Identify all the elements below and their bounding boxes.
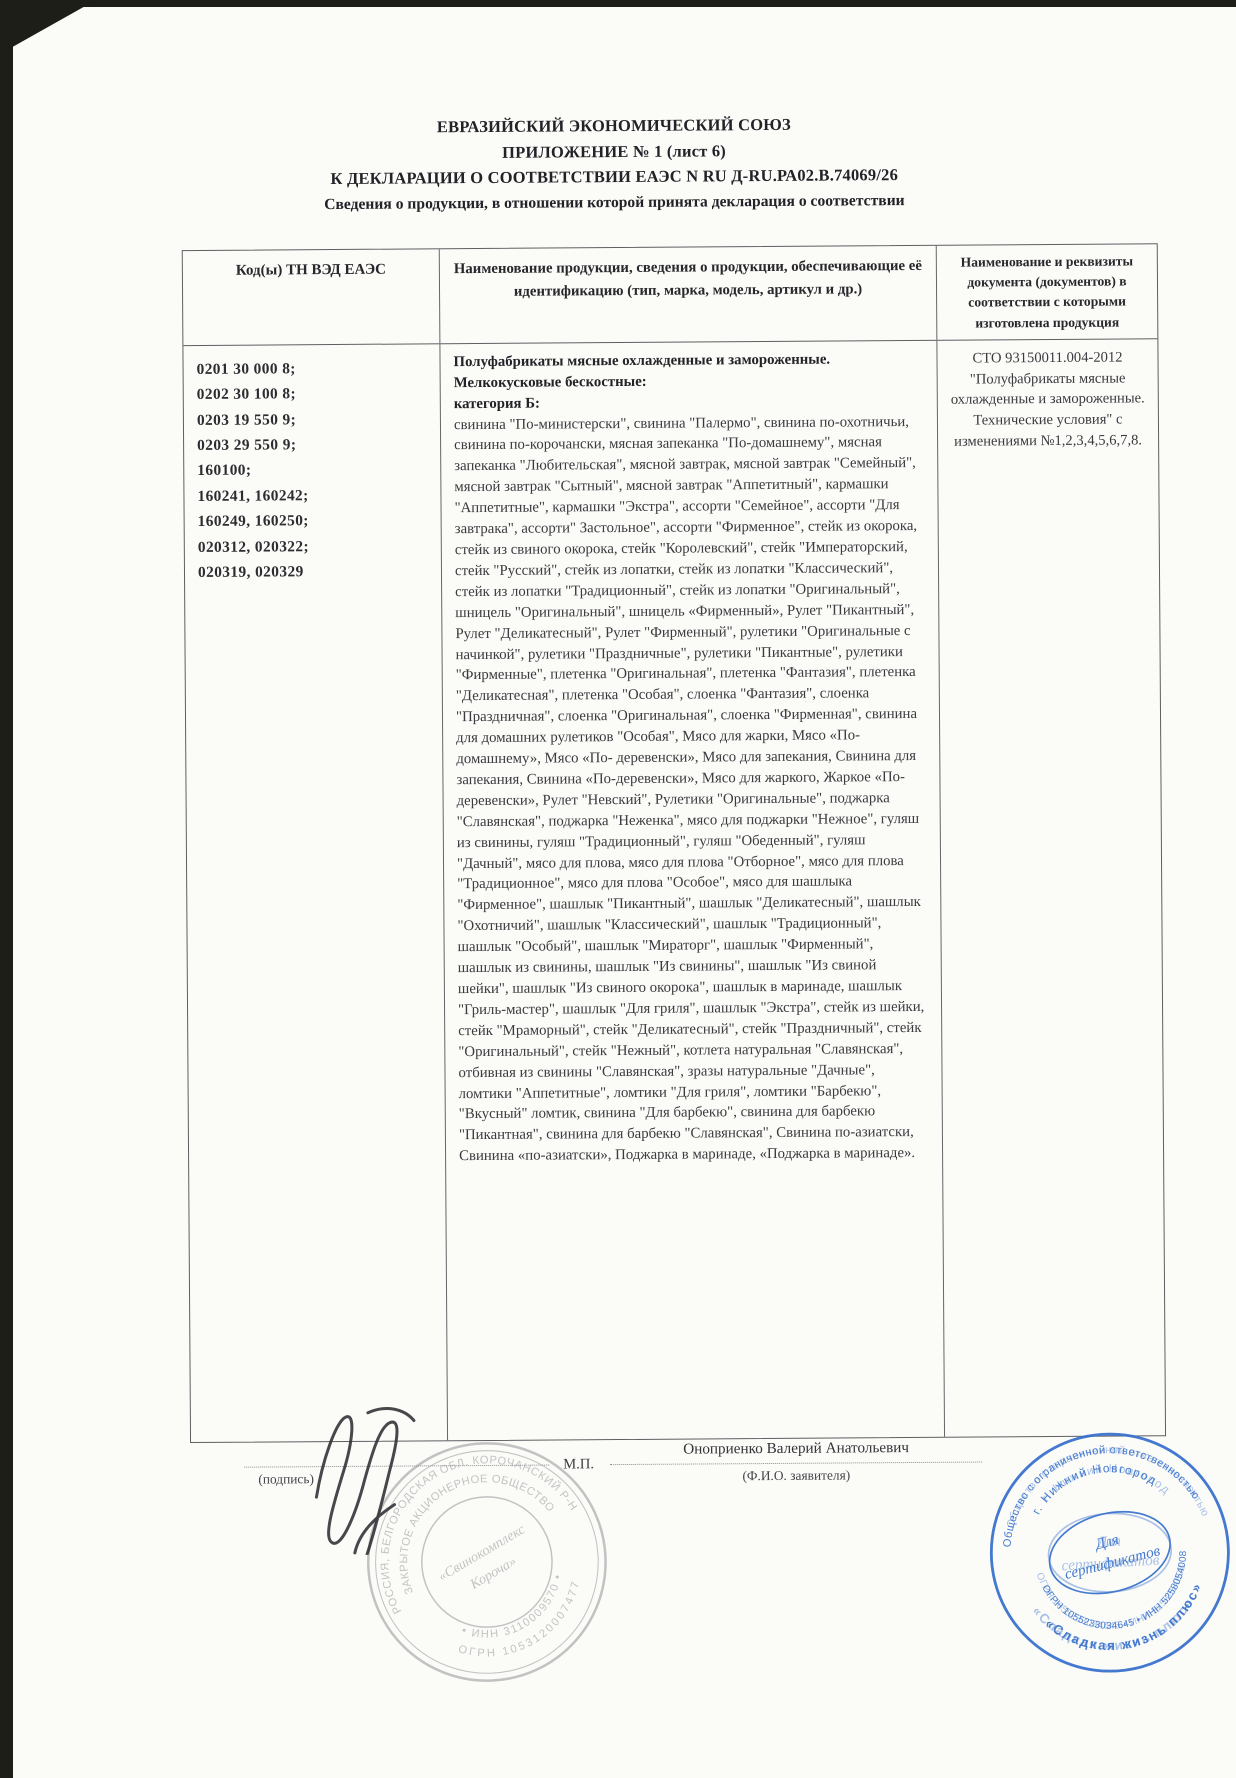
column-header-product: Наименование продукции, сведения о проду… xyxy=(440,246,938,343)
table-body-row: 0201 30 000 8; 0202 30 100 8; 0203 19 55… xyxy=(183,339,1165,1442)
tnved-code: 020319, 020329 xyxy=(198,558,433,585)
document-header: ЕВРАЗИЙСКИЙ ЭКОНОМИЧЕСКИЙ СОЮЗ ПРИЛОЖЕНИ… xyxy=(9,109,1220,219)
table-header-row: Код(ы) ТН ВЭД ЕАЭС Наименование продукци… xyxy=(183,244,1158,346)
handwritten-signature xyxy=(302,1402,429,1555)
stamp-double-impression xyxy=(985,1427,1236,1678)
reference-standard-number: СТО 93150011.004-2012 xyxy=(946,347,1148,369)
tnved-code: 160241, 160242; xyxy=(197,482,432,509)
products-table: Код(ы) ТН ВЭД ЕАЭС Наименование продукци… xyxy=(182,243,1166,1443)
tnved-code: 0201 30 000 8; xyxy=(196,355,431,382)
applicant-name-caption: (Ф.И.О. заявителя) xyxy=(610,1467,982,1486)
tnved-code: 0202 30 100 8; xyxy=(197,381,432,408)
tnved-code: 160100; xyxy=(197,457,432,484)
tnved-code: 0203 29 550 9; xyxy=(197,431,432,458)
scanned-declaration-screenshot: ЕВРАЗИЙСКИЙ ЭКОНОМИЧЕСКИЙ СОЮЗ ПРИЛОЖЕНИ… xyxy=(0,0,1236,1778)
scanned-page: ЕВРАЗИЙСКИЙ ЭКОНОМИЧЕСКИЙ СОЮЗ ПРИЛОЖЕНИ… xyxy=(13,7,1236,1778)
product-name-cell: Полуфабрикаты мясные охлажденные и замор… xyxy=(440,341,945,1440)
applicant-name: Оноприенко Валерий Анатольевич xyxy=(610,1439,982,1460)
tnved-code: 020312, 020322; xyxy=(198,533,433,560)
reference-standard-text: "Полуфабрикаты мясные охлажденные и замо… xyxy=(947,368,1150,453)
tnved-code: 160249, 160250; xyxy=(198,508,433,535)
product-description: свинина "По-министерски", свинина "Палер… xyxy=(454,411,930,1167)
tnved-code: 0203 19 550 9; xyxy=(197,406,432,433)
applicant-name-line xyxy=(610,1462,982,1466)
reference-document-cell: СТО 93150011.004-2012 "Полуфабрикаты мяс… xyxy=(937,339,1165,1437)
document-content: ЕВРАЗИЙСКИЙ ЭКОНОМИЧЕСКИЙ СОЮЗ ПРИЛОЖЕНИ… xyxy=(8,3,1236,1778)
tnved-codes-list: 0201 30 000 8; 0202 30 100 8; 0203 19 55… xyxy=(183,344,448,1442)
column-header-codes: Код(ы) ТН ВЭД ЕАЭС xyxy=(183,249,441,345)
column-header-document: Наименование и реквизиты документа (доку… xyxy=(937,244,1158,339)
certification-round-stamp: Общество с ограниченной ответственностью… xyxy=(955,1398,1236,1707)
